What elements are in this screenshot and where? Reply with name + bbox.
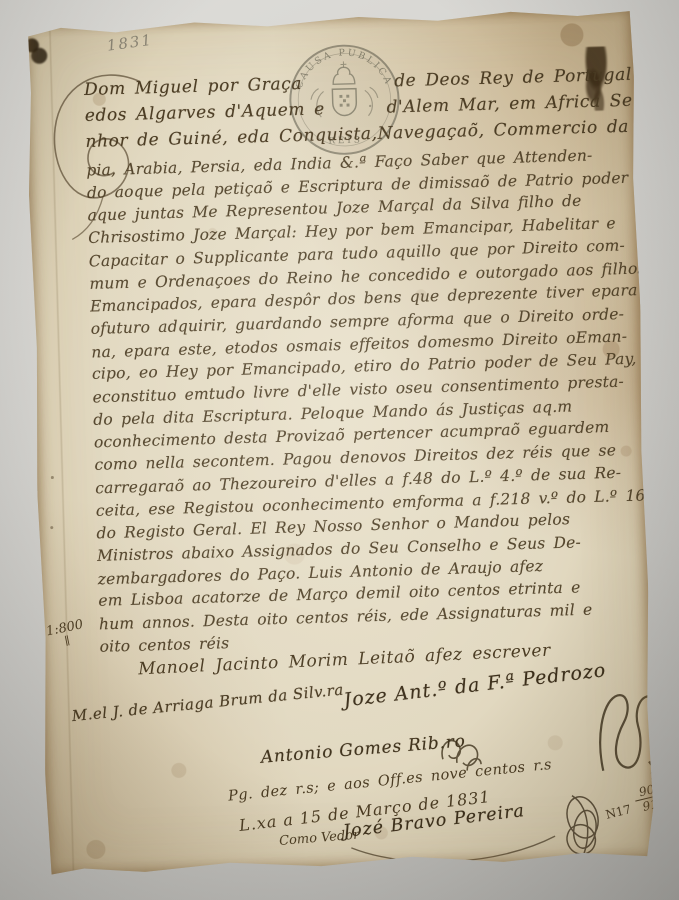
tally-reference: N17 [604, 802, 632, 822]
letter-text-block: Dom Miguel por Graça de Deos Rey de Port… [84, 62, 648, 659]
signature-rubric-flourish [591, 673, 672, 787]
tally-sum-stack: 10 900 910 [629, 769, 668, 814]
pencil-year-note: 1831 [106, 31, 154, 55]
margin-fee-total: 1:800 ∥ [45, 618, 87, 651]
margin-pencil-dot [51, 476, 54, 479]
ink-blot-top-left [23, 36, 50, 67]
signature-underline-swash [347, 834, 560, 876]
margin-pencil-dot [50, 526, 53, 529]
royal-intitulation: Dom Miguel por Graça de Deos Rey de Port… [84, 62, 634, 155]
signature-gomes-ribeiro: Antonio Gomes Rib.ro [260, 731, 466, 767]
tally-addend-top: 10 [649, 769, 664, 784]
letter-body: pia, Arabia, Persia, eda India &.ª Faço … [86, 144, 648, 659]
manuscript-page: 1831 CAUSA PUBLICA [24, 8, 656, 877]
photo-backdrop: 1831 CAUSA PUBLICA [0, 0, 679, 900]
corner-tally: N17 10 900 910 [598, 769, 668, 822]
signature-arriaga-brum-da-silveira: M.el J. de Arriaga Brum da Silv.ra [71, 681, 345, 726]
